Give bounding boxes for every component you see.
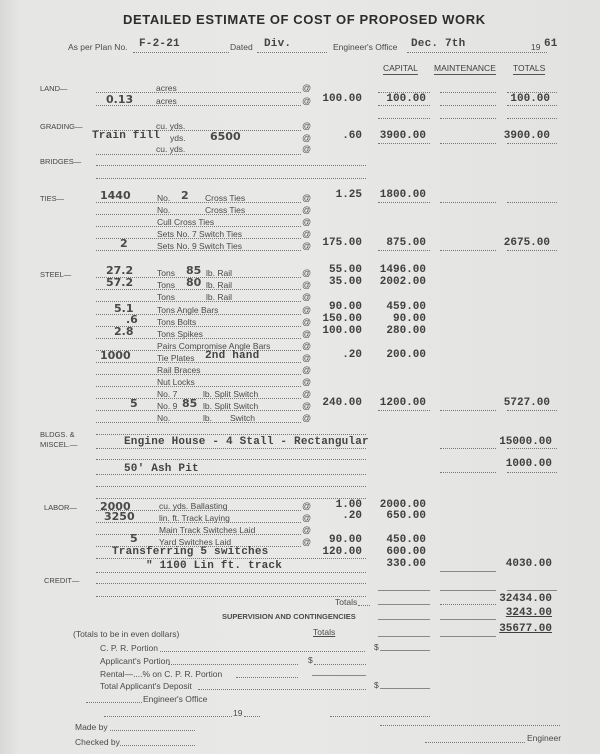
unit-label: acres	[156, 96, 177, 106]
steel-rate: 90.00	[312, 301, 362, 313]
steel-capital: 280.00	[370, 325, 426, 337]
rental-field[interactable]	[312, 675, 366, 676]
at-sign: @	[302, 205, 311, 215]
labor-desc: Transferring 5 switches	[112, 546, 268, 558]
dated-value: Div.	[264, 38, 291, 50]
land-total: 100.00	[494, 93, 550, 105]
at-sign: @	[302, 83, 311, 93]
ties-rate: 175.00	[312, 237, 362, 249]
bldgs-total: 1000.00	[494, 458, 552, 470]
at-sign: @	[302, 377, 311, 387]
ties-capital: 1800.00	[370, 189, 426, 201]
at-sign: @	[302, 305, 311, 315]
steel-rate: 240.00	[306, 397, 362, 409]
ties-qty: 1440	[100, 189, 131, 202]
at-sign: @	[302, 133, 311, 143]
grading-rate: .60	[312, 130, 362, 142]
applicant-portion-label: Applicant's Portion	[100, 656, 170, 666]
year-19-label: 19	[233, 708, 242, 718]
steel-rate: 150.00	[312, 313, 362, 325]
bldgs-total: 15000.00	[494, 436, 552, 448]
supervision-label: SUPERVISION AND CONTINGENCIES	[222, 612, 356, 621]
steel-lb: 85	[182, 397, 197, 410]
at-sign: @	[302, 292, 311, 302]
section-bridges: BRIDGES—	[40, 157, 81, 166]
labor-capital: 600.00	[370, 546, 426, 558]
supervision-value: 3243.00	[494, 607, 552, 619]
engineer-label: Engineer	[527, 733, 561, 743]
steel-qty: 5	[130, 397, 138, 410]
cpr-portion-label: C. P. R. Portion	[100, 643, 158, 653]
grading-total: 3900.00	[494, 130, 550, 142]
steel-note: 2nd hand	[205, 350, 259, 362]
dollar-sign: $	[374, 642, 379, 652]
land-qty: 0.13	[106, 93, 133, 106]
section-steel: STEEL—	[40, 270, 71, 279]
at-sign: @	[302, 525, 311, 535]
bldgs-desc: Engine House - 4 Stall - Rectangular	[124, 436, 369, 448]
engineers-office-label: Engineer's Office	[143, 694, 207, 704]
cpr-portion-field[interactable]	[380, 650, 430, 651]
steel-rate: 35.00	[312, 276, 362, 288]
labor-total: 4030.00	[494, 558, 552, 570]
steel-capital: 200.00	[370, 349, 426, 361]
unit-label: cu. yds.	[156, 121, 185, 131]
page-title: DETAILED ESTIMATE OF COST OF PROPOSED WO…	[123, 12, 486, 27]
ties-total: 2675.00	[494, 237, 550, 249]
total-deposit-label: Total Applicant's Deposit	[100, 681, 192, 691]
office-date: Dec. 7th	[411, 38, 465, 50]
totals-label: Totals	[335, 597, 357, 607]
labor-rate: 90.00	[312, 534, 362, 546]
total-deposit-field[interactable]	[380, 688, 430, 689]
labor-capital: 650.00	[370, 510, 426, 522]
at-sign: @	[302, 193, 311, 203]
section-land: LAND—	[40, 84, 68, 93]
steel-qty: 2.8	[114, 325, 134, 338]
rental-label: Rental—....% on C. P. R. Portion	[100, 669, 222, 679]
steel-qty: 1000	[100, 349, 131, 362]
labor-rate: 120.00	[306, 546, 362, 558]
at-sign: @	[302, 329, 311, 339]
at-sign: @	[302, 268, 311, 278]
at-sign: @	[302, 229, 311, 239]
land-capital: 100.00	[370, 93, 426, 105]
section-grading: GRADING—	[40, 122, 83, 131]
ties-capital: 875.00	[370, 237, 426, 249]
steel-capital: 459.00	[370, 301, 426, 313]
grand-totals-value: 35677.00	[494, 623, 552, 635]
office-label: Engineer's Office	[333, 42, 397, 52]
made-by-label: Made by	[75, 722, 108, 732]
at-sign: @	[302, 365, 311, 375]
at-sign: @	[302, 413, 311, 423]
ties-qty: 2	[120, 237, 128, 250]
steel-rate: 55.00	[312, 264, 362, 276]
column-capital: CAPITAL	[383, 63, 418, 75]
steel-capital: 1496.00	[370, 264, 426, 276]
steel-lb: 80	[186, 276, 201, 289]
grading-desc: Train fill	[92, 130, 160, 142]
grading-qty: 6500	[210, 130, 241, 143]
at-sign: @	[302, 144, 311, 154]
unit-label: yds.	[170, 133, 186, 143]
checked-by-label: Checked by	[75, 737, 120, 747]
plan-number: F-2-21	[139, 38, 180, 50]
at-sign: @	[302, 241, 311, 251]
section-bldgs-2: MISCEL.—	[40, 440, 78, 449]
steel-rate: .20	[312, 349, 362, 361]
at-sign: @	[302, 121, 311, 131]
labor-capital: 330.00	[370, 558, 426, 570]
steel-capital: 2002.00	[370, 276, 426, 288]
land-rate: 100.00	[312, 93, 362, 105]
estimate-form: DETAILED ESTIMATE OF COST OF PROPOSED WO…	[0, 0, 600, 754]
section-bldgs-1: BLDGS. &	[40, 430, 75, 439]
ties-no: 2	[181, 189, 189, 202]
unit-label: acres	[156, 83, 177, 93]
steel-total: 5727.00	[494, 397, 550, 409]
ties-rate: 1.25	[312, 189, 362, 201]
labor-qty: 5	[130, 532, 138, 545]
dollar-sign: $	[374, 680, 379, 690]
labor-rate: .20	[312, 510, 362, 522]
steel-rate: 100.00	[312, 325, 362, 337]
steel-capital: 90.00	[370, 313, 426, 325]
at-sign: @	[302, 353, 311, 363]
dated-label: Dated	[230, 42, 253, 52]
labor-capital: 450.00	[370, 534, 426, 546]
section-ties: TIES—	[40, 194, 64, 203]
steel-qty: 57.2	[106, 276, 133, 289]
at-sign: @	[302, 513, 311, 523]
made-by-field[interactable]	[110, 730, 195, 731]
labor-desc: " 1100 Lin ft. track	[146, 560, 282, 572]
steel-capital: 1200.00	[370, 397, 426, 409]
section-credit: CREDIT—	[44, 576, 79, 585]
unit-label: cu. yds.	[156, 144, 185, 154]
even-dollars-note: (Totals to be in even dollars)	[73, 629, 179, 639]
at-sign: @	[302, 280, 311, 290]
at-sign: @	[302, 96, 311, 106]
plan-label: As per Plan No.	[68, 42, 128, 52]
totals-value: 32434.00	[494, 593, 552, 605]
at-sign: @	[302, 217, 311, 227]
year-label: 19	[531, 42, 540, 52]
grand-totals-label: Totals	[313, 627, 335, 637]
applicant-portion-field[interactable]	[314, 664, 366, 665]
column-maintenance: MAINTENANCE	[434, 63, 496, 75]
at-sign: @	[302, 341, 311, 351]
engineer-signature-field[interactable]	[425, 742, 525, 743]
grading-capital: 3900.00	[370, 130, 426, 142]
checked-by-field[interactable]	[120, 745, 195, 746]
section-labor: LABOR—	[44, 503, 77, 512]
year-value: 61	[544, 38, 558, 50]
dollar-sign: $	[308, 655, 313, 665]
at-sign: @	[302, 501, 311, 511]
at-sign: @	[302, 317, 311, 327]
column-totals: TOTALS	[513, 63, 545, 75]
